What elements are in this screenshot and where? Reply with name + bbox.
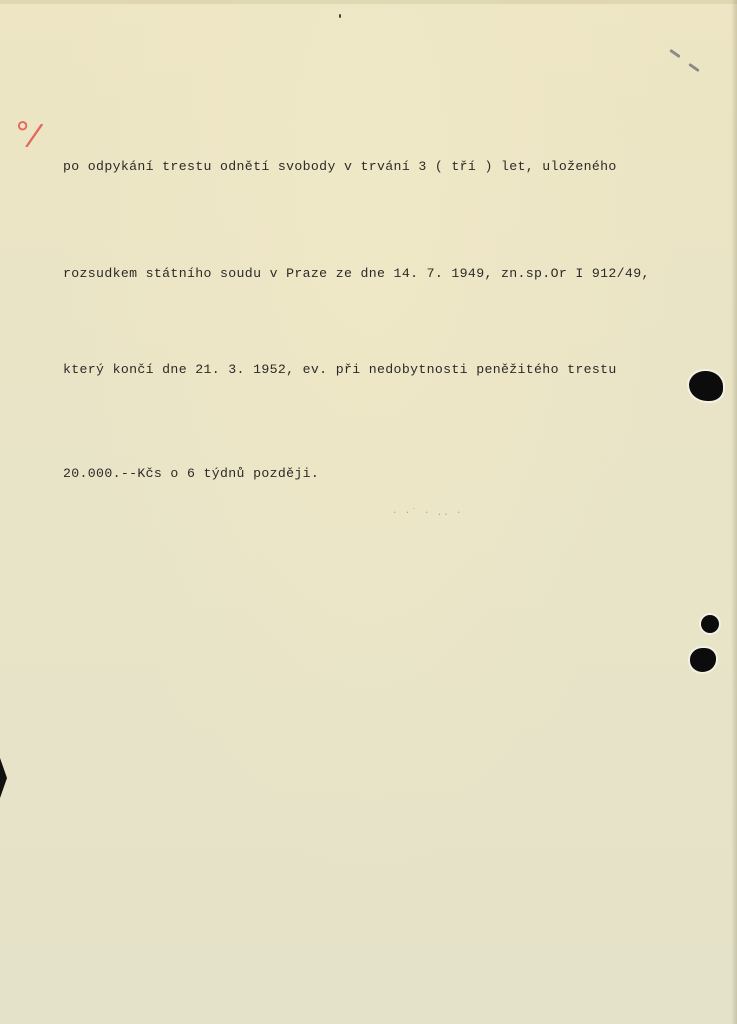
text-line-2: rozsudkem státního soudu v Praze ze dne … <box>63 252 650 282</box>
punch-hole-icon <box>690 648 716 672</box>
staple-mark-icon <box>688 63 700 72</box>
ink-speck <box>339 14 341 18</box>
red-margin-mark: °/ <box>12 115 42 153</box>
faint-smudge: · ·˙ · .. · <box>392 508 467 526</box>
text-line-1: po odpykání trestu odnětí svobody v trvá… <box>63 150 650 184</box>
text-line-4: 20.000.--Kčs o 6 týdnů později. <box>63 451 650 485</box>
paper-right-edge <box>731 0 737 1024</box>
paper-top-edge <box>0 0 737 4</box>
typed-text-block: po odpykání trestu odnětí svobody v trvá… <box>63 82 650 553</box>
left-edge-tear <box>0 758 7 798</box>
punch-hole-icon <box>689 371 723 401</box>
text-line-3: který končí dne 21. 3. 1952, ev. při ned… <box>63 350 650 383</box>
document-page: °/ po odpykání trestu odnětí svobody v t… <box>0 0 737 1024</box>
staple-mark-icon <box>669 49 681 58</box>
punch-hole-icon <box>701 615 719 633</box>
